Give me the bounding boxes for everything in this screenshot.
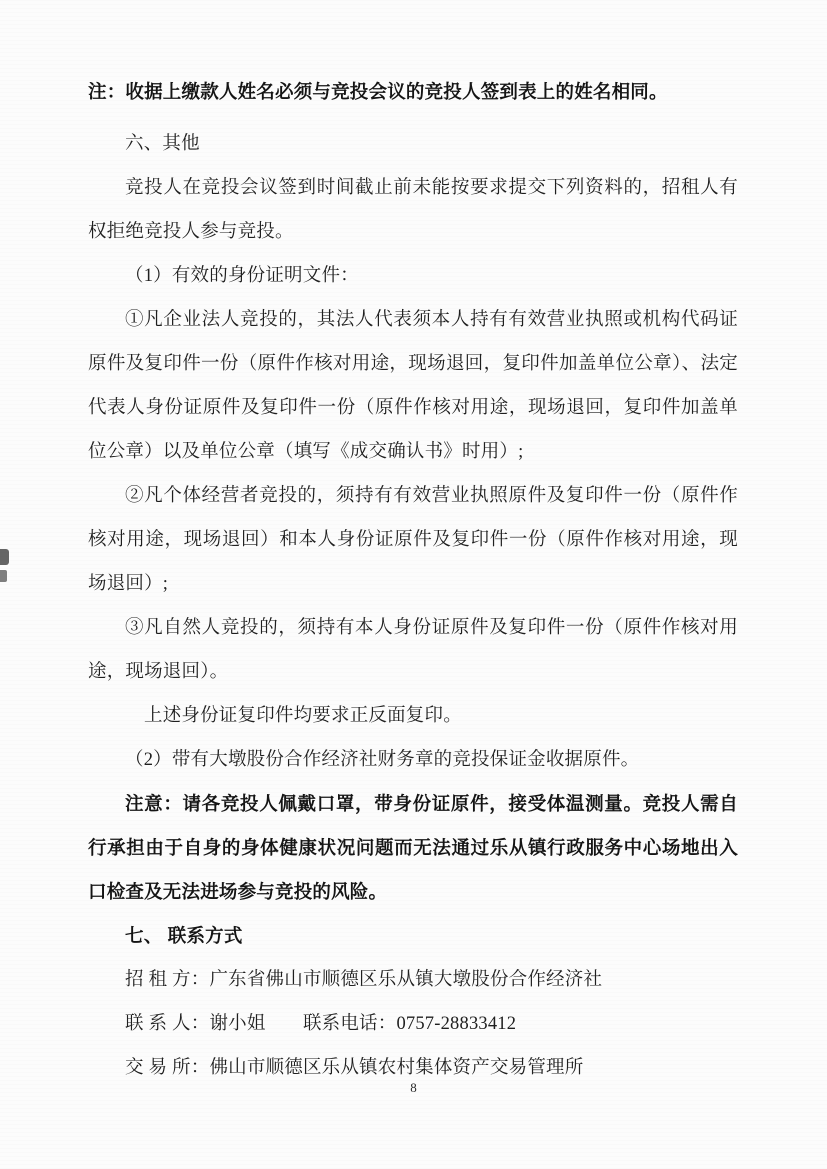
note-receipt-name: 注：收据上缴款人姓名必须与竞投会议的竞投人签到表上的姓名相同。 xyxy=(88,70,738,114)
text-line: 口检查及无法进场参与竞投的风险。 xyxy=(88,870,738,914)
text-line: ②凡个体经营者竞投的，须持有有效营业执照原件及复印件一份（原件作 xyxy=(88,474,738,518)
text-line: 权拒绝竞投人参与竞投。 xyxy=(88,210,738,254)
notice-health-requirement: 注意：请各竞投人佩戴口罩，带身份证原件，接受体温测量。竞投人需自 行承担由于自身… xyxy=(88,782,738,914)
text-line: 位公章）以及单位公章（填写《成交确认书》时用）; xyxy=(88,430,738,474)
item-circle-1-enterprise: ①凡企业法人竞投的，其法人代表须本人持有有效营业执照或机构代码证 原件及复印件一… xyxy=(88,298,738,474)
item-1-valid-id-heading: （1）有效的身份证明文件： xyxy=(88,254,738,298)
section-heading-6-other: 六、其他 xyxy=(88,122,738,166)
text-line: 场退回）; xyxy=(88,562,738,606)
text-line: 途，现场退回）。 xyxy=(88,650,738,694)
text-line: 核对用途，现场退回）和本人身份证原件及复印件一份（原件作核对用途，现 xyxy=(88,518,738,562)
text-line: 行承担由于自身的身体健康状况问题而无法通过乐从镇行政服务中心场地出入 xyxy=(88,826,738,870)
contact-person-phone: 联 系 人：谢小姐 联系电话：0757-28833412 xyxy=(88,1002,738,1046)
text-line: 注意：请各竞投人佩戴口罩，带身份证原件，接受体温测量。竞投人需自 xyxy=(88,782,738,826)
document-body: 注：收据上缴款人姓名必须与竞投会议的竞投人签到表上的姓名相同。 六、其他 竞投人… xyxy=(88,70,738,1090)
section-heading-text: 六、其他 xyxy=(88,122,738,166)
text-line: 竞投人在竞投会议签到时间截止前未能按要求提交下列资料的，招租人有 xyxy=(88,166,738,210)
text-line: 上述身份证复印件均要求正反面复印。 xyxy=(88,694,738,738)
scan-artifact-mark xyxy=(0,570,7,582)
scan-artifact-mark xyxy=(0,549,9,565)
item-circle-2-individual-business: ②凡个体经营者竞投的，须持有有效营业执照原件及复印件一份（原件作 核对用途，现场… xyxy=(88,474,738,606)
page-number: 8 xyxy=(0,1080,827,1096)
item-2-deposit-receipt: （2）带有大墩股份合作经济社财务章的竞投保证金收据原件。 xyxy=(88,738,738,782)
text-line: 原件及复印件一份（原件作核对用途，现场退回，复印件加盖单位公章）、法定 xyxy=(88,342,738,386)
para-submission-requirement: 竞投人在竞投会议签到时间截止前未能按要求提交下列资料的，招租人有 权拒绝竞投人参… xyxy=(88,166,738,254)
text-line: 代表人身份证原件及复印件一份（原件作核对用途，现场退回，复印件加盖单 xyxy=(88,386,738,430)
text-line: 联 系 人：谢小姐 联系电话：0757-28833412 xyxy=(88,1002,738,1046)
item-circle-3-natural-person: ③凡自然人竞投的，须持有本人身份证原件及复印件一份（原件作核对用 途，现场退回）… xyxy=(88,606,738,694)
text-line: （2）带有大墩股份合作经济社财务章的竞投保证金收据原件。 xyxy=(88,738,738,782)
text-line: （1）有效的身份证明文件： xyxy=(88,254,738,298)
section-heading-7-contact: 七、 联系方式 xyxy=(88,914,738,958)
note-id-copy-both-sides: 上述身份证复印件均要求正反面复印。 xyxy=(88,694,738,738)
section-heading-text: 七、 联系方式 xyxy=(88,914,738,958)
text-line: ③凡自然人竞投的，须持有本人身份证原件及复印件一份（原件作核对用 xyxy=(88,606,738,650)
text-line: ①凡企业法人竞投的，其法人代表须本人持有有效营业执照或机构代码证 xyxy=(88,298,738,342)
contact-lessor: 招 租 方：广东省佛山市顺德区乐从镇大墩股份合作经济社 xyxy=(88,958,738,1002)
document-page: 注：收据上缴款人姓名必须与竞投会议的竞投人签到表上的姓名相同。 六、其他 竞投人… xyxy=(0,0,827,1169)
text-line: 招 租 方：广东省佛山市顺德区乐从镇大墩股份合作经济社 xyxy=(88,958,738,1002)
text-line: 注：收据上缴款人姓名必须与竞投会议的竞投人签到表上的姓名相同。 xyxy=(88,70,738,114)
